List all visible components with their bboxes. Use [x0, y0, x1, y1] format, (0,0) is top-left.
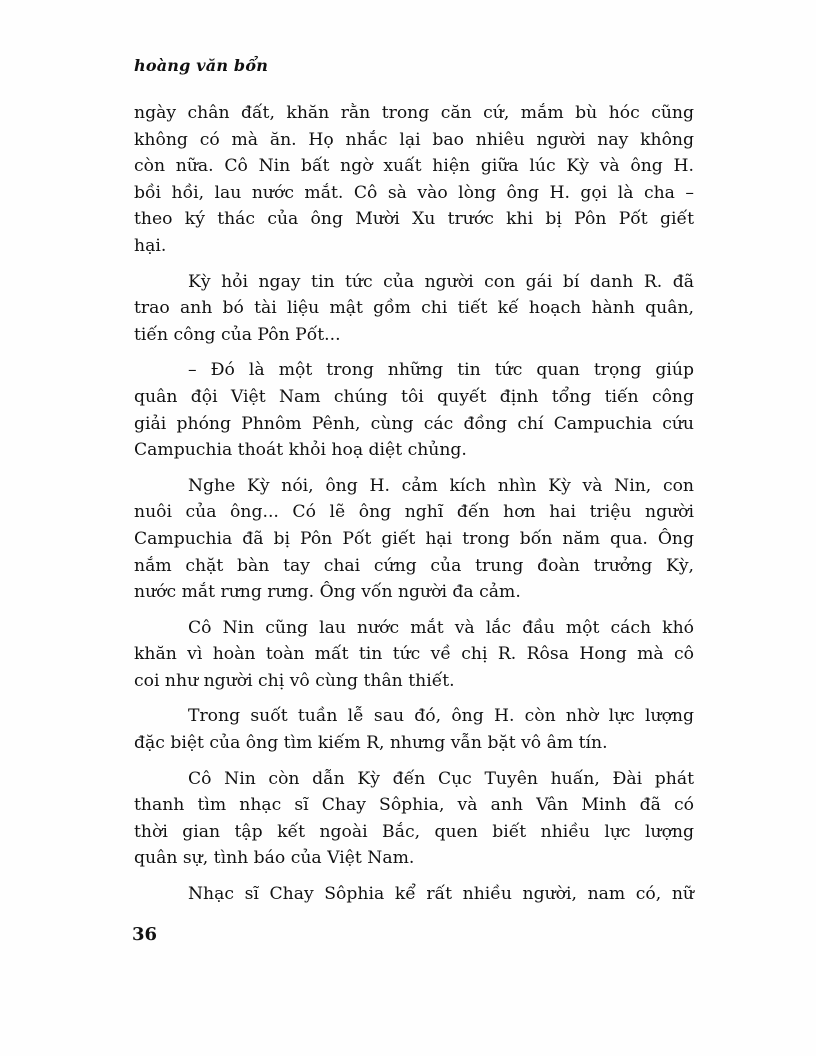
paragraph-2: Kỳ hỏi ngay tin tức của người con gái bí… — [134, 269, 694, 349]
text-line: Nghe Kỳ nói, ông H. cảm kích nhìn Kỳ và … — [134, 473, 694, 500]
text-line: Trong suốt tuần lễ sau đó, ông H. còn nh… — [134, 703, 694, 730]
text-line: Campuchia thoát khỏi hoạ diệt chủng. — [134, 437, 694, 464]
text-line: thanh tìm nhạc sĩ Chay Sôphia, và anh Vâ… — [134, 792, 694, 819]
text-line: Cô Nin còn dẫn Kỳ đến Cục Tuyên huấn, Đà… — [134, 766, 694, 793]
text-line: không có mà ăn. Họ nhắc lại bao nhiêu ng… — [134, 127, 694, 154]
text-line: trao anh bó tài liệu mật gồm chi tiết kế… — [134, 295, 694, 322]
paragraph-3: – Đó là một trong những tin tức quan trọ… — [134, 357, 694, 463]
text-line: nuôi của ông... Có lẽ ông nghĩ đến hơn h… — [134, 499, 694, 526]
running-head: hoàng văn bổn — [134, 56, 268, 75]
text-line: tiến công của Pôn Pốt... — [134, 322, 694, 349]
page-number: 36 — [132, 924, 157, 945]
text-line: nước mắt rưng rưng. Ông vốn người đa cảm… — [134, 579, 694, 606]
text-line: đặc biệt của ông tìm kiếm R, nhưng vẫn b… — [134, 730, 694, 757]
text-line: Kỳ hỏi ngay tin tức của người con gái bí… — [134, 269, 694, 296]
paragraph-8: Nhạc sĩ Chay Sôphia kể rất nhiều người, … — [134, 881, 694, 908]
text-line: Campuchia đã bị Pôn Pốt giết hại trong b… — [134, 526, 694, 553]
book-page: hoàng văn bổn ngày chân đất, khăn rằn tr… — [0, 0, 816, 1056]
text-line: theo ký thác của ông Mười Xu trước khi b… — [134, 206, 694, 233]
paragraph-7: Cô Nin còn dẫn Kỳ đến Cục Tuyên huấn, Đà… — [134, 766, 694, 872]
paragraph-6: Trong suốt tuần lễ sau đó, ông H. còn nh… — [134, 703, 694, 756]
text-line: Cô Nin cũng lau nước mắt và lắc đầu một … — [134, 615, 694, 642]
text-line: – Đó là một trong những tin tức quan trọ… — [134, 357, 694, 384]
body-text: ngày chân đất, khăn rằn trong căn cứ, mắ… — [134, 100, 694, 917]
text-line: khăn vì hoàn toàn mất tin tức về chị R. … — [134, 641, 694, 668]
text-line: giải phóng Phnôm Pênh, cùng các đồng chí… — [134, 411, 694, 438]
text-line: quân đội Việt Nam chúng tôi quyết định t… — [134, 384, 694, 411]
text-line: coi như người chị vô cùng thân thiết. — [134, 668, 694, 695]
text-line: hại. — [134, 233, 694, 260]
paragraph-1: ngày chân đất, khăn rằn trong căn cứ, mắ… — [134, 100, 694, 260]
text-line: còn nữa. Cô Nin bất ngờ xuất hiện giữa l… — [134, 153, 694, 180]
text-line: ngày chân đất, khăn rằn trong căn cứ, mắ… — [134, 100, 694, 127]
paragraph-5: Cô Nin cũng lau nước mắt và lắc đầu một … — [134, 615, 694, 695]
text-line: bồi hồi, lau nước mắt. Cô sà vào lòng ôn… — [134, 180, 694, 207]
text-line: thời gian tập kết ngoài Bắc, quen biết n… — [134, 819, 694, 846]
text-line: quân sự, tình báo của Việt Nam. — [134, 845, 694, 872]
paragraph-4: Nghe Kỳ nói, ông H. cảm kích nhìn Kỳ và … — [134, 473, 694, 606]
text-line: Nhạc sĩ Chay Sôphia kể rất nhiều người, … — [134, 881, 694, 908]
text-line: nắm chặt bàn tay chai cứng của trung đoà… — [134, 553, 694, 580]
